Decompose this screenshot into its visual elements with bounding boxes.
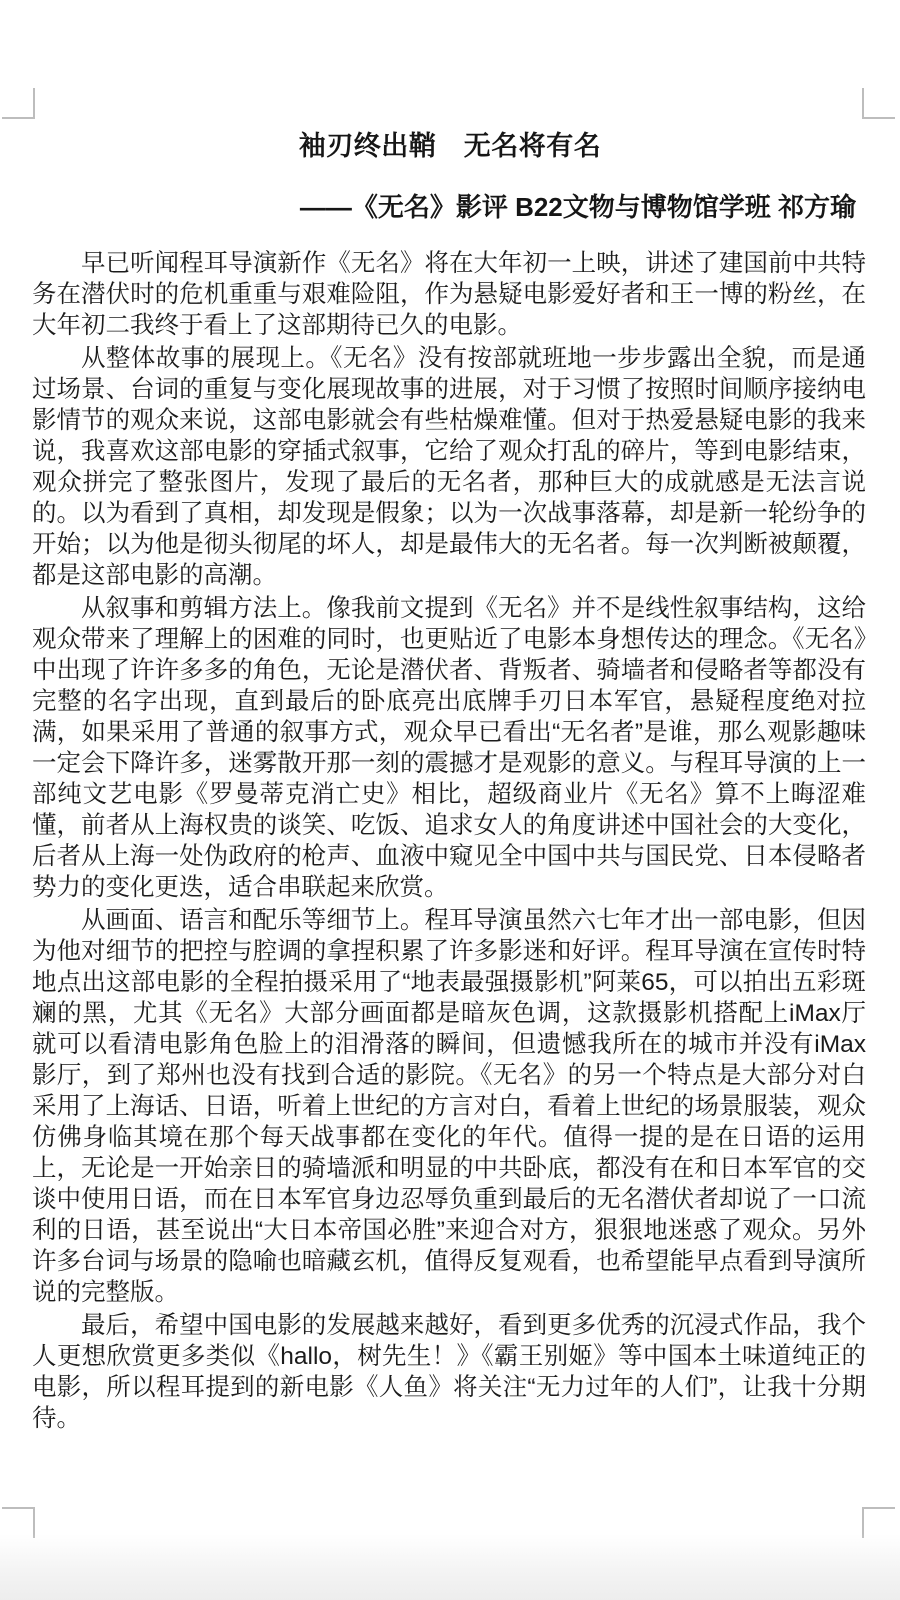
page-bottom-shadow: [0, 1534, 900, 1600]
paragraph-2: 从整体故事的展现上。《无名》没有按部就班地一步步露出全貌，而是通过场景、台词的重…: [32, 343, 866, 591]
crop-mark-top-right: [862, 88, 895, 119]
crop-mark-bottom-right: [862, 1507, 895, 1538]
document-byline: ——《无名》影评 B22文物与博物馆学班 祁方瑜: [0, 190, 900, 224]
article-body: 早已听闻程耳导演新作《无名》将在大年初一上映，讲述了建国前中共特务在潜伏时的危机…: [32, 248, 866, 1434]
paragraph-4: 从画面、语言和配乐等细节上。程耳导演虽然六七年才出一部电影，但因为他对细节的把控…: [32, 905, 866, 1308]
document-page: 袖刃终出鞘 无名将有名 ——《无名》影评 B22文物与博物馆学班 祁方瑜 早已听…: [0, 0, 900, 1600]
crop-mark-top-left: [2, 88, 35, 119]
paragraph-5: 最后，希望中国电影的发展越来越好，看到更多优秀的沉浸式作品，我个人更想欣赏更多类…: [32, 1310, 866, 1434]
paragraph-3: 从叙事和剪辑方法上。像我前文提到《无名》并不是线性叙事结构，这给观众带来了理解上…: [32, 593, 866, 903]
document-title: 袖刃终出鞘 无名将有名: [0, 0, 900, 163]
paragraph-1: 早已听闻程耳导演新作《无名》将在大年初一上映，讲述了建国前中共特务在潜伏时的危机…: [32, 248, 866, 341]
crop-mark-bottom-left: [2, 1507, 35, 1538]
